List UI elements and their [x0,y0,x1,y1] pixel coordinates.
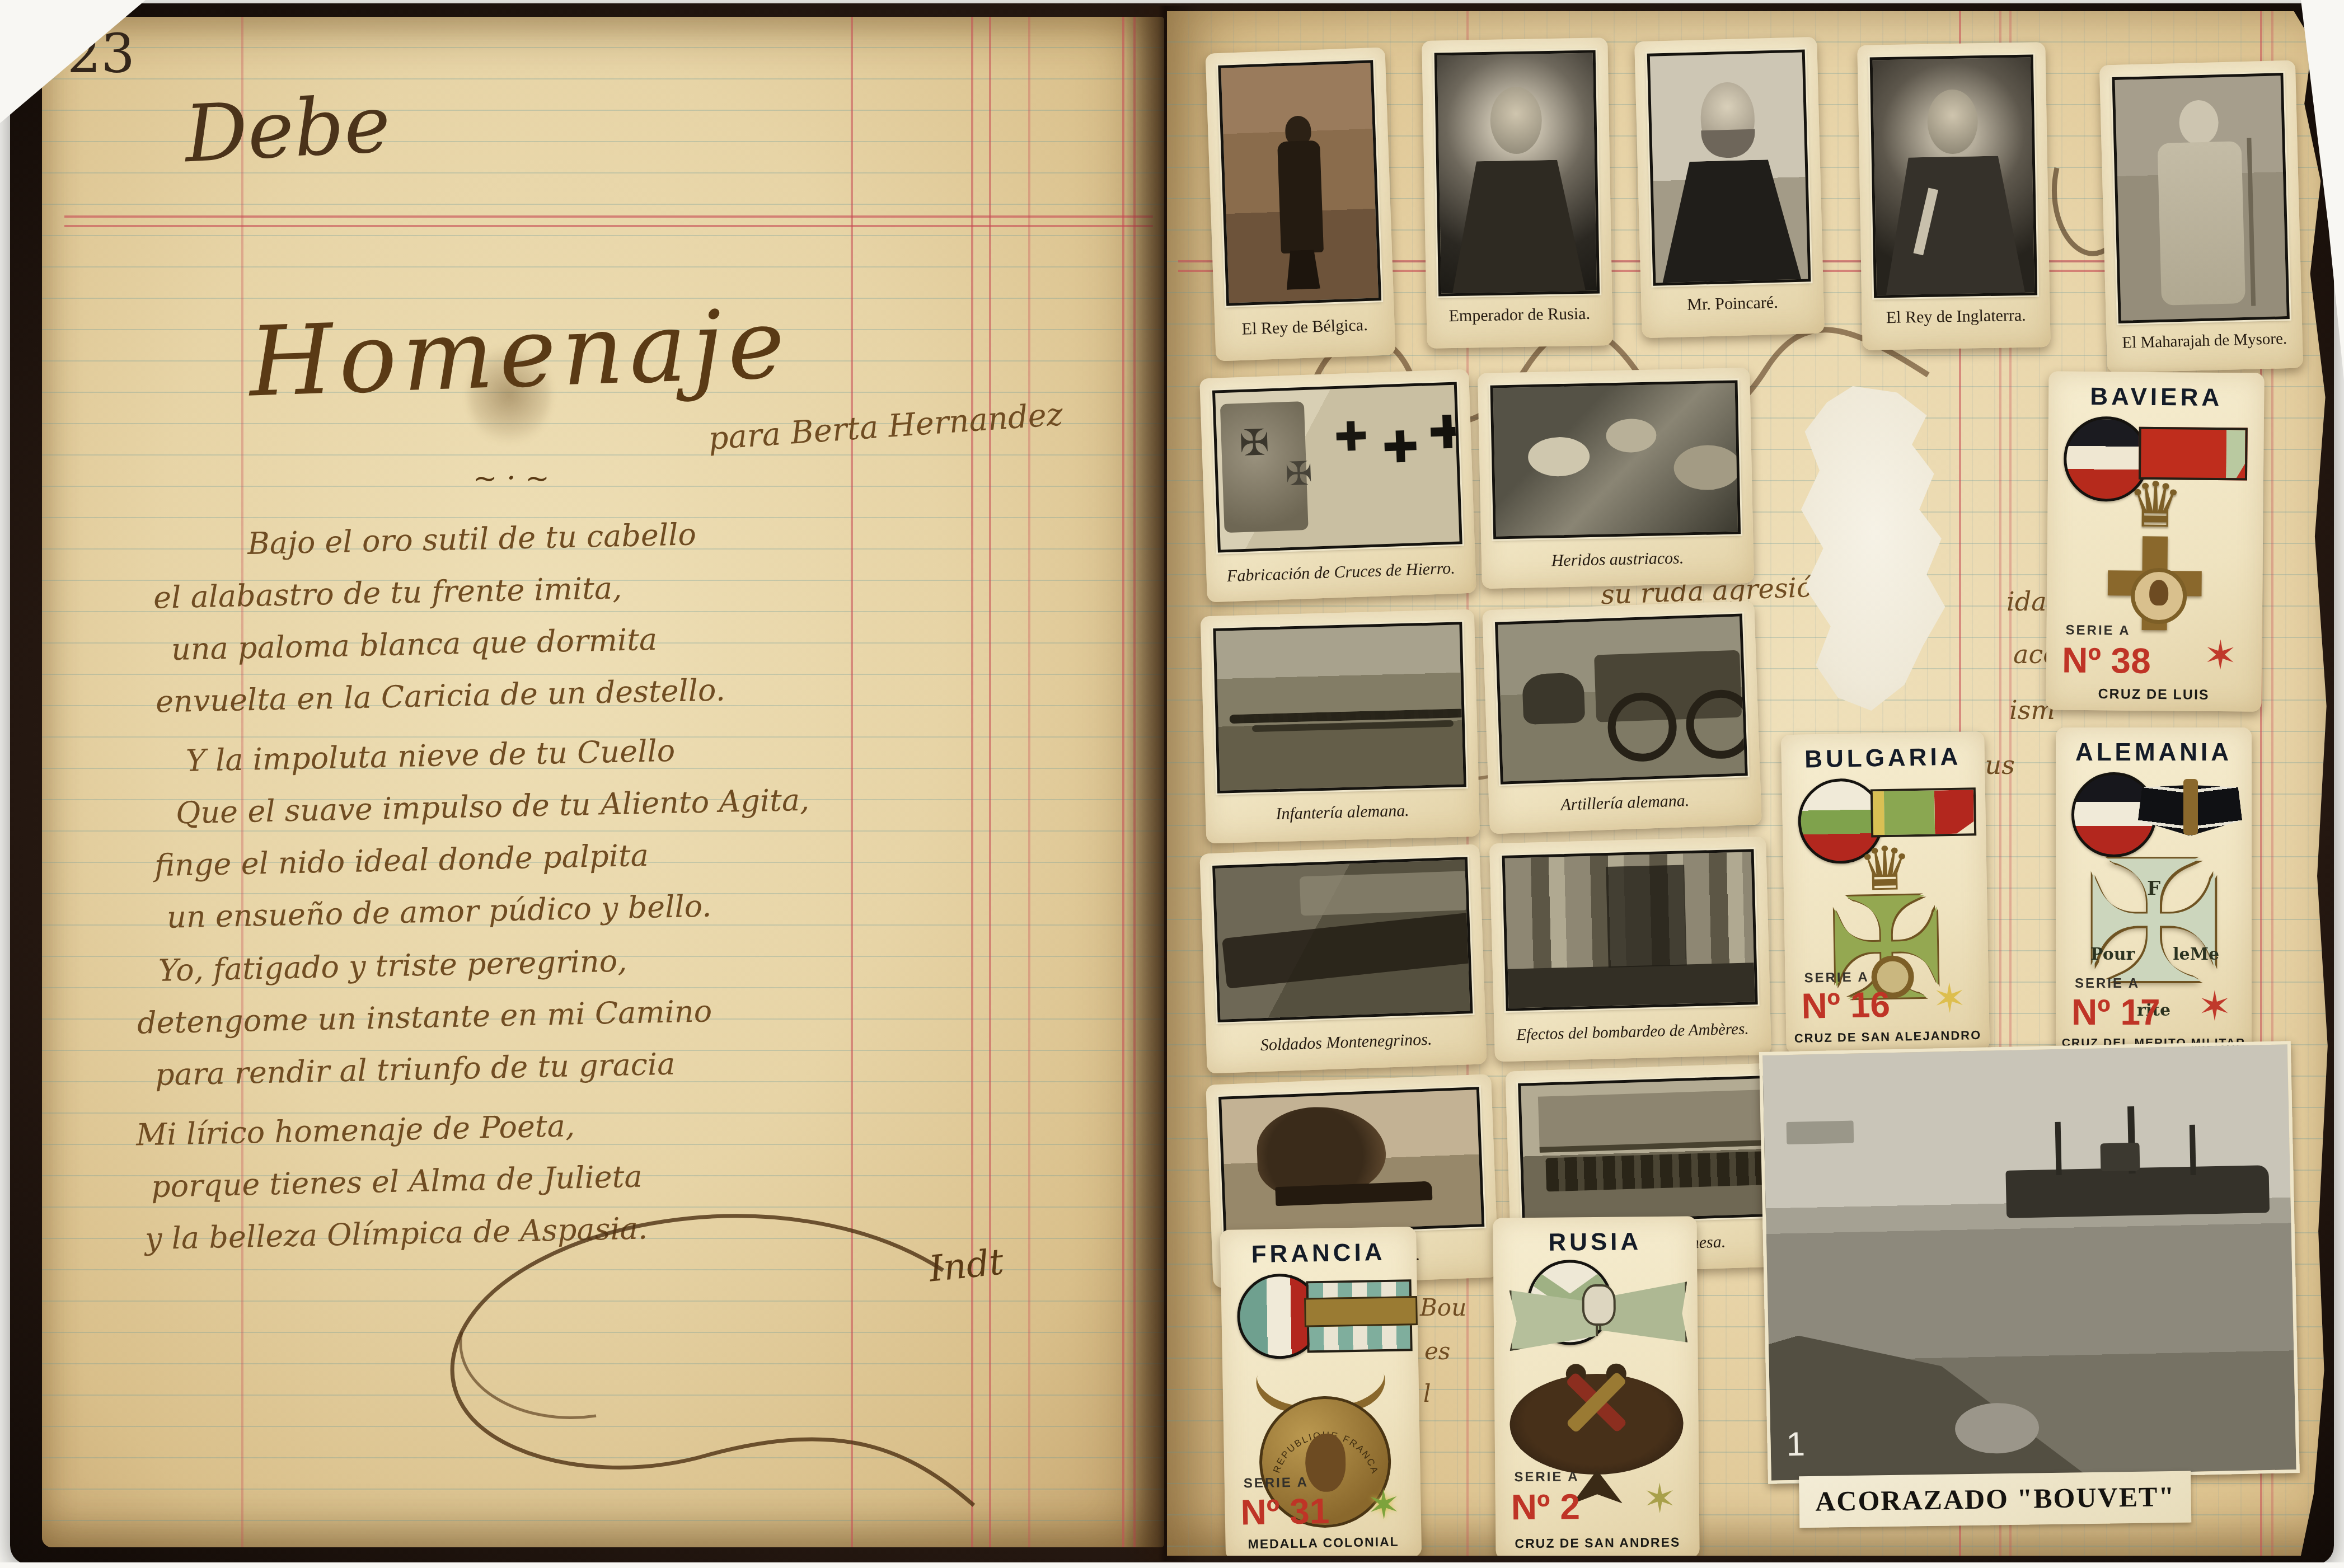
card-soldados-montenegrinos: Soldados Montenegrinos. [1199,844,1487,1073]
figure-suit [1659,159,1802,285]
ribbon-end [2226,430,2245,478]
figure-wounded [1527,436,1590,477]
photo-rey-belgica [1218,60,1381,306]
ledger-handwriting-fragment: l [1423,1380,1431,1407]
photo-fabricacion-cruces: ✠ ✠ ✚ ✚ ✚ [1212,382,1462,552]
ribbon-bar [1306,1279,1412,1353]
photo-poincare [1647,49,1811,285]
left-page: 23 Debe Homenaje para Berta Hernandez ~ … [42,17,1164,1547]
medal-card-serie: SERIE A [2065,623,2130,639]
card-medal-bulgaria: BULGARIA ♛ ✠ SERIE A Nº 16 ✶ CRUZ DE SAN… [1781,731,1990,1054]
ledger-header-debe: Debe [182,78,393,180]
foreground-boat-deck [1768,1289,2085,1481]
star-icon: ✶ [2198,986,2232,1026]
ledger-handwriting-fragment: Bou [1420,1294,1466,1321]
poem-dedication: para Berta Hernandez [707,396,1065,457]
iron-cross-icon: ✠ [1284,457,1313,491]
figure-group-row [1545,1151,1765,1191]
star-icon: ✶ [1643,1478,1677,1519]
red-rule [989,17,991,1547]
figure-uniform [1450,159,1586,296]
card-emperador-rusia: Emperador de Rusia. [1422,37,1613,349]
medal-card-name: CRUZ DE SAN ANDRES [1496,1534,1699,1551]
medal-card-country: BULGARIA [1781,743,1985,774]
ledger-handwriting-fragment: ida [2007,586,2047,617]
backdrop-edge-bottom [0,1562,2344,1568]
photo-soldados-montenegrinos [1212,857,1473,1022]
star-icon: ✶ [1367,1485,1401,1525]
right-page: su ruda agresión ida acob ism sus Bou es… [1167,11,2331,1556]
red-rule [1028,17,1030,1547]
card-heridos-austriacos: Heridos austriacos. [1478,368,1754,589]
red-header-rule [64,215,1153,218]
photo-rey-inglaterra [1870,54,2037,298]
scrapbook-photo: 23 Debe Homenaje para Berta Hernandez ~ … [0,0,2344,1568]
card-caption: Fabricación de Cruces de Hierro. [1206,558,1476,587]
photo-artilleria-alemana [1495,613,1748,784]
card-caption: El Rey de Inglaterra. [1862,306,2050,328]
battleship-hull [2005,1165,2270,1218]
figure-robes [2158,141,2246,306]
card-medal-francia: FRANCIA REPUBLIQUE FRANCAISE SERIE A Nº … [1220,1227,1422,1556]
iron-cross-icon: ✚ [1334,416,1369,457]
photo-maharajah [2112,73,2289,323]
figure-legs [1285,250,1320,290]
battleship-mast [2190,1125,2196,1175]
ledger-handwriting-fragment: es [1424,1337,1450,1365]
figure-building [1300,871,1469,916]
medal-card-country: RUSIA [1493,1227,1697,1257]
medal-motto: Pour [2090,945,2135,964]
medal-card-number: Nº 2 [1511,1486,1581,1528]
star-icon: ✶ [1932,978,1967,1019]
figure-ruin [1606,865,1687,968]
figure-marching-column [1222,912,1473,989]
medal-card-name: CRUZ DE LUIS [2046,686,2261,703]
photo-moltke [1218,1087,1484,1237]
ribbon-gold-bar [1304,1296,1418,1327]
card-medal-alemania: ALEMANIA ✠ F Pour leMe rite SERIE A Nº 1… [2056,727,2252,1058]
iron-cross-icon: ✚ [1427,410,1462,457]
medal-card-number: Nº 38 [2062,640,2151,682]
photo-emperador-rusia [1434,50,1600,297]
card-fabricacion-cruces: ✠ ✠ ✚ ✚ ✚ Fabricación de Cruces de Hierr… [1199,369,1476,603]
photo-acorazado-bouvet: 1 [1759,1041,2300,1484]
medal-portrait-medallion [2130,568,2187,625]
photo-cruz-roja-japonesa [1518,1076,1768,1224]
iron-cross-icon: ✚ [1381,425,1419,470]
medal-motto: F [2147,877,2160,900]
figure-beard [1701,129,1755,158]
card-maharajah-mysore: El Maharajah de Mysore. [2099,60,2303,373]
torn-paper-patch [1783,386,1967,711]
medallion-head [2149,580,2168,605]
photo-heridos-austriacos [1490,380,1741,539]
double-eagle-wings [1509,1373,1684,1476]
medal-card-name: MEDALLA COLONIAL [1225,1534,1421,1552]
card-rey-inglaterra: El Rey de Inglaterra. [1857,42,2050,350]
card-caption: El Rey de Bélgica. [1215,314,1395,340]
photo-number: 1 [1786,1424,1806,1463]
card-medal-rusia: RUSIA SERIE A Nº 2 ✶ CRUZ DE SAN ANDRES [1493,1216,1699,1556]
card-acorazado-bouvet: 1 ACORAZADO "BOUVET" [1759,1041,2300,1544]
figure-building [1538,1090,1764,1153]
card-poincare: Mr. Poincaré. [1634,37,1825,338]
card-bombardeo-amberes: Efectos del bombardeo de Ambères. [1489,837,1771,1062]
medal-card-serie: SERIE A [1244,1475,1309,1491]
poem-stanza-2: Y la impoluta nieve de tu Cuello Que el … [152,722,812,943]
battleship-mast [2055,1122,2062,1175]
figure-turban [2179,100,2219,145]
star-icon: ✶ [2204,635,2238,676]
figure-wounded [1673,444,1741,490]
photo-bombardeo-amberes [1502,849,1758,1011]
card-caption: Heridos austriacos. [1482,547,1754,572]
card-infanteria-alemana: Infantería alemana. [1201,609,1480,844]
ribbon-stripe [1934,790,1974,834]
card-caption: Mr. Poincaré. [1641,292,1824,316]
battleship-superstructure [2100,1143,2140,1171]
poem-divider-flourish: ~ · ~ [473,462,550,495]
medal-card-country: BAVIERA [2048,382,2264,412]
poem-line: envuelta en la Caricia de un destello. [155,664,726,727]
card-caption: Soldados Montenegrinos. [1206,1028,1487,1057]
medal-card-number: Nº 17 [2071,992,2160,1033]
medal-card-name: CRUZ DE SAN ALEJANDRO [1786,1028,1989,1046]
poem-stanza-3: Yo, fatigado y triste peregrino, detengo… [135,933,714,1101]
card-artilleria-alemana: Artillería alemana. [1482,601,1762,834]
ribbon-bar [1870,787,1976,837]
iron-cross-icon: ✠ [1239,425,1270,462]
red-header-rule [64,225,1153,227]
medal-card-number: Nº 31 [1240,1490,1330,1533]
medal-motto: leMe [2173,945,2219,964]
medal-card-number: Nº 16 [1801,984,1891,1027]
pen-flourish [283,1203,982,1547]
figure-horse [1522,672,1585,725]
battleship-caption-strip: ACORAZADO "BOUVET" [1799,1471,2191,1528]
figure-body [1277,140,1324,254]
card-caption: Efectos del bombardeo de Ambères. [1494,1019,1771,1045]
card-caption: Infantería alemana. [1206,800,1480,826]
red-rule [1122,17,1124,1547]
poem-title: Homenaje [247,287,792,419]
photo-infanteria-alemana [1213,622,1466,794]
medal-card-country: ALEMANIA [2056,739,2252,767]
ribbon-stripe [1873,791,1884,835]
figure-street [1508,963,1755,1008]
figure-staff [2247,138,2256,306]
ribbon-stripe [1884,790,1935,835]
poem-stanza-1: Bajo el oro sutil de tu cabello el alaba… [152,508,725,727]
card-rey-belgica: El Rey de Bélgica. [1206,48,1396,362]
card-caption: El Maharajah de Mysore. [2106,329,2303,353]
medal-card-country: FRANCIA [1220,1238,1417,1269]
figure-face [1927,89,1979,154]
figure-face [1490,86,1543,154]
ribbon-knot [1582,1284,1616,1326]
card-medal-baviera: BAVIERA ♛ ✚ SERIE A Nº 38 ✶ CRUZ DE LUIS [2046,371,2264,711]
card-caption: Emperador de Rusia. [1427,304,1613,326]
distant-ship [1787,1121,1854,1145]
battleship-caption: ACORAZADO "BOUVET" [1799,1480,2191,1518]
medal-card-serie: SERIE A [1514,1469,1579,1485]
medal-card-serie: SERIE A [2075,976,2140,992]
figure-wounded [1606,418,1657,453]
figure-uniform [1883,156,2026,298]
card-caption: Artillería alemana. [1489,788,1761,817]
